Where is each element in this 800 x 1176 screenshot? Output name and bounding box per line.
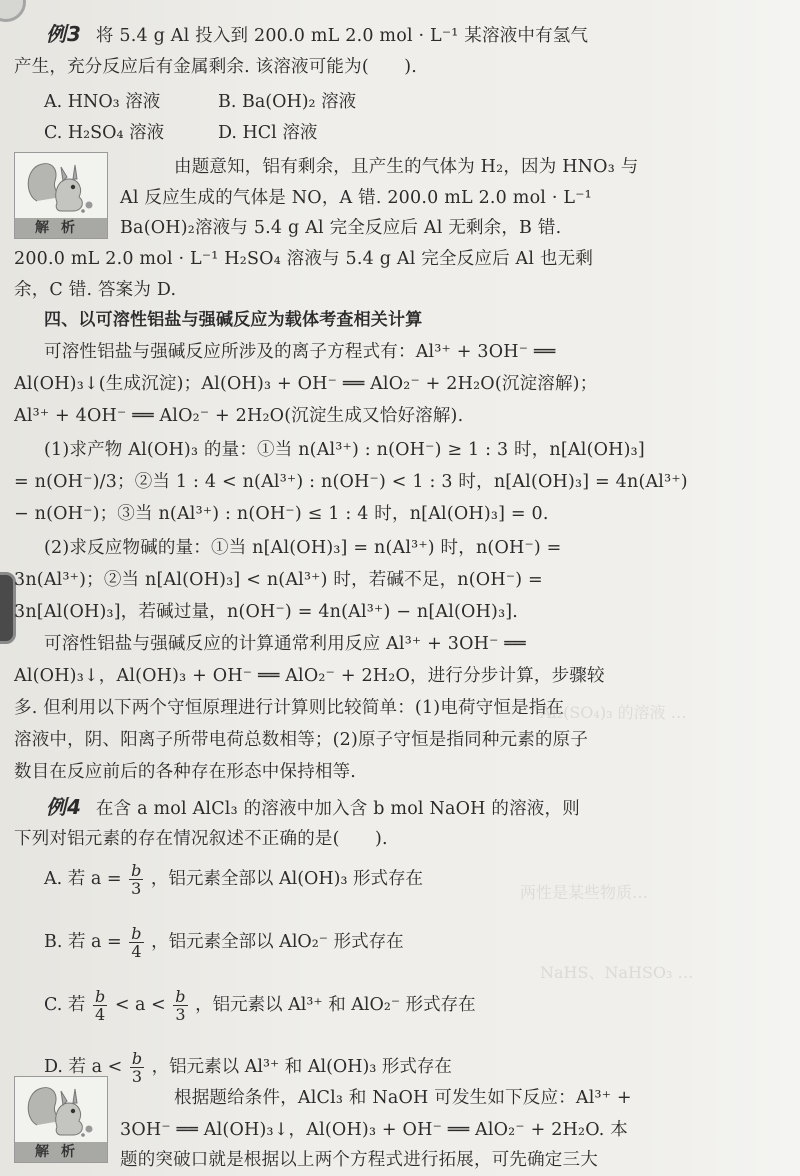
example3-analysis-line: 余，C 错. 答案为 D. xyxy=(14,278,176,302)
paragraph-line: 数目在反应前后的各种存在形态中保持相等. xyxy=(14,760,356,784)
paragraph-line: − n(OH⁻)；③当 n(Al³⁺) : n(OH⁻) ≤ 1 : 4 时，n… xyxy=(14,502,549,526)
paragraph-line: Al(OH)₃↓(生成沉淀)；Al(OH)₃ + OH⁻ ══ AlO₂⁻ + … xyxy=(14,372,597,396)
fraction: b3 xyxy=(173,988,187,1023)
section-heading: 四、以可溶性铝盐与强碱反应为载体考查相关计算 xyxy=(44,308,422,332)
example4-label: 例4 xyxy=(46,795,82,819)
example4-analysis-line: 根据题给条件，AlCl₃ 和 NaOH 可发生如下反应：Al³⁺ + xyxy=(174,1086,632,1110)
fraction: b4 xyxy=(93,988,107,1023)
example3-analysis-line: 由题意知，铝有剩余，且产生的气体为 H₂，因为 HNO₃ 与 xyxy=(174,155,638,179)
fraction: b4 xyxy=(129,925,143,960)
analysis-badge: 解析 xyxy=(14,152,108,239)
fraction: b3 xyxy=(130,1050,144,1085)
example3-option-c: C. H₂SO₄ 溶液 xyxy=(44,119,164,144)
paragraph-line: 多. 但利用以下两个守恒原理进行计算则比较简单：(1)电荷守恒是指在 xyxy=(14,696,564,720)
paragraph-line: 3n[Al(OH)₃]，若碱过量，n(OH⁻) = 4n(Al³⁺) − n[A… xyxy=(14,600,518,624)
bleed-through-text: NaHS、NaHSO₃ … xyxy=(540,960,694,983)
example4-option-a: A. 若 a = b3 ，铝元素全部以 Al(OH)₃ 形式存在 xyxy=(44,862,423,897)
example3-analysis-line: 200.0 mL 2.0 mol · L⁻¹ H₂SO₄ 溶液与 5.4 g A… xyxy=(14,247,593,271)
example4-analysis-line: 3OH⁻ ══ Al(OH)₃↓，Al(OH)₃ + OH⁻ ══ AlO₂⁻ … xyxy=(120,1118,628,1142)
example4-option-c: C. 若 b4 < a < b3 ，铝元素以 Al³⁺ 和 AlO₂⁻ 形式存在 xyxy=(44,988,476,1023)
example4-option-b: B. 若 a = b4 ，铝元素全部以 AlO₂⁻ 形式存在 xyxy=(44,925,404,960)
bleed-through-text: 两性是某些物质… xyxy=(520,880,648,903)
paragraph-line: 溶液中，阴、阳离子所带电荷总数相等；(2)原子守恒是指同种元素的原子 xyxy=(14,728,588,752)
paragraph-line: 可溶性铝盐与强碱反应所涉及的离子方程式有：Al³⁺ + 3OH⁻ ══ xyxy=(44,340,555,364)
example3-option-a: A. HNO₃ 溶液 xyxy=(44,88,160,113)
example4-analysis-line: 题的突破口就是根据以上两个方程式进行拓展，可先确定三大 xyxy=(120,1148,598,1172)
paragraph-line: Al³⁺ + 4OH⁻ ══ AlO₂⁻ + 2H₂O(沉淀生成又恰好溶解). xyxy=(14,404,463,428)
analysis-tag: 解析 xyxy=(15,1142,107,1162)
squirrel-icon xyxy=(23,1081,99,1139)
example3-option-b: B. Ba(OH)₂ 溶液 xyxy=(218,88,356,113)
example3-analysis-line: Al 反应生成的气体是 NO，A 错. 200.0 mL 2.0 mol · L… xyxy=(120,186,592,210)
paragraph-line: (1)求产物 Al(OH)₃ 的量：①当 n(Al³⁺) : n(OH⁻) ≥ … xyxy=(44,438,645,462)
textbook-page: Al₂(SO₄)₃ 的溶液 … 两性是某些物质… NaHS、NaHSO₃ … 例… xyxy=(0,0,800,1176)
paragraph-line: (2)求反应物碱的量：①当 n[Al(OH)₃] = n(Al³⁺) 时，n(O… xyxy=(44,536,562,560)
example4-stem-line1: 例4在含 a mol AlCl₃ 的溶液中加入含 b mol NaOH 的溶液，… xyxy=(46,795,580,821)
analysis-badge: 解析 xyxy=(14,1076,108,1163)
paragraph-line: 可溶性铝盐与强碱反应的计算通常利用反应 Al³⁺ + 3OH⁻ ══ xyxy=(44,632,526,656)
paragraph-line: = n(OH⁻)/3；②当 1 : 4 < n(Al³⁺) : n(OH⁻) <… xyxy=(14,470,688,494)
example3-stem-line1: 例3将 5.4 g Al 投入到 200.0 mL 2.0 mol · L⁻¹ … xyxy=(46,22,588,48)
example4-stem-line2: 下列对铝元素的存在情况叙述不正确的是( ). xyxy=(14,827,388,851)
paragraph-line: 3n(Al³⁺)；②当 n[Al(OH)₃] < n(Al³⁺) 时，若碱不足，… xyxy=(14,568,543,592)
example3-option-d: D. HCl 溶液 xyxy=(218,119,317,144)
example3-label: 例3 xyxy=(46,22,82,46)
example3-stem-line2: 产生，充分反应后有金属剩余. 该溶液可能为( ). xyxy=(14,55,417,79)
example3-analysis-line: Ba(OH)₂溶液与 5.4 g Al 完全反应后 Al 无剩余，B 错. xyxy=(120,216,561,240)
page-corner-mark xyxy=(0,0,26,22)
analysis-tag: 解析 xyxy=(15,218,107,238)
paragraph-line: Al(OH)₃↓，Al(OH)₃ + OH⁻ ══ AlO₂⁻ + 2H₂O，进… xyxy=(14,664,605,688)
squirrel-icon xyxy=(23,157,99,215)
fraction: b3 xyxy=(129,862,143,897)
